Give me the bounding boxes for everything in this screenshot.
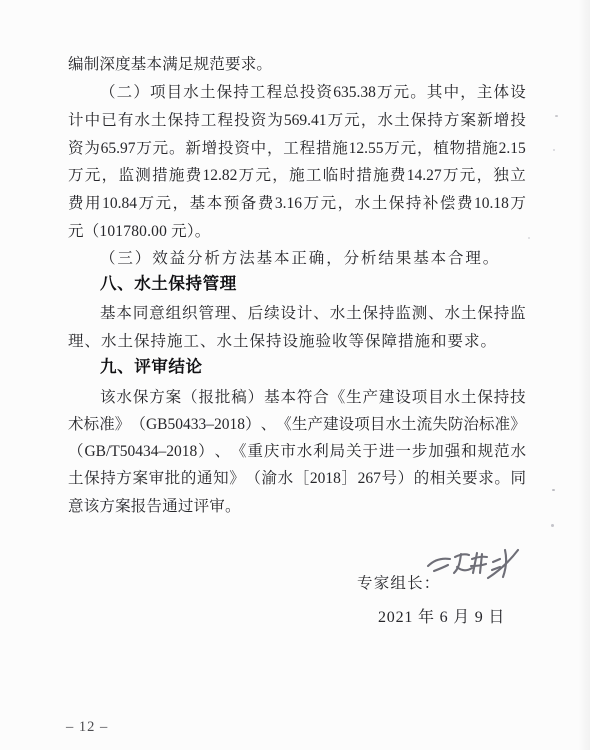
scanned-document-page: 编制深度基本满足规范要求。 （二）项目水土保持工程总投资635.38万元。其中，…: [0, 0, 590, 750]
text-line: 费用10.84万元，基本预备费3.16万元，水土保持补偿费10.18万: [68, 193, 526, 214]
text-line: （三）效益分析方法基本正确，分析结果基本合理。: [100, 248, 526, 269]
text-line: 术标准》（GB50433–2018）、《生产建设项目水土流失防治标准》: [68, 414, 526, 435]
text-line: （GB/T50434–2018）、《重庆市水利局关于进一步加强和规范水: [68, 441, 526, 462]
section-heading: 九、评审结论: [100, 357, 526, 378]
scan-speck: [552, 489, 555, 491]
text-line: 意该方案报告通过评审。: [68, 496, 526, 517]
scan-speck: [551, 524, 554, 527]
scan-speck: [528, 237, 530, 239]
scan-edge-shadow: [578, 0, 590, 750]
page-number: – 12 –: [66, 719, 108, 736]
text-line: 万元，监测措施费12.82万元，施工临时措施费14.27万元，独立: [68, 165, 526, 186]
text-line: 该水保方案（报批稿）基本符合《生产建设项目水土保持技: [100, 387, 526, 408]
text-line: 元（101780.00 元）。: [68, 221, 526, 242]
text-line: 理、水土保持施工、水土保持设施验收等保障措施和要求。: [68, 331, 526, 352]
handwritten-signature-icon: [425, 545, 521, 587]
text-line: 资为65.97万元。新增投资中，工程措施12.55万元，植物措施2.15: [68, 138, 526, 159]
text-line: 土保持方案审批的通知》（渝水［2018］267号）的相关要求。同: [68, 468, 526, 489]
scan-speck: [555, 115, 558, 117]
text-line: 计中已有水土保持工程投资为569.41万元，水土保持方案新增投: [68, 110, 526, 131]
text-line: （二）项目水土保持工程总投资635.38万元。其中，主体设: [100, 82, 526, 103]
scan-speck: [553, 149, 555, 151]
text-line: 基本同意组织管理、后续设计、水土保持监测、水土保持监: [100, 303, 526, 324]
text-line: 编制深度基本满足规范要求。: [68, 54, 526, 75]
signature-date: 2021 年 6 月 9 日: [378, 604, 505, 627]
section-heading: 八、水土保持管理: [100, 274, 526, 295]
